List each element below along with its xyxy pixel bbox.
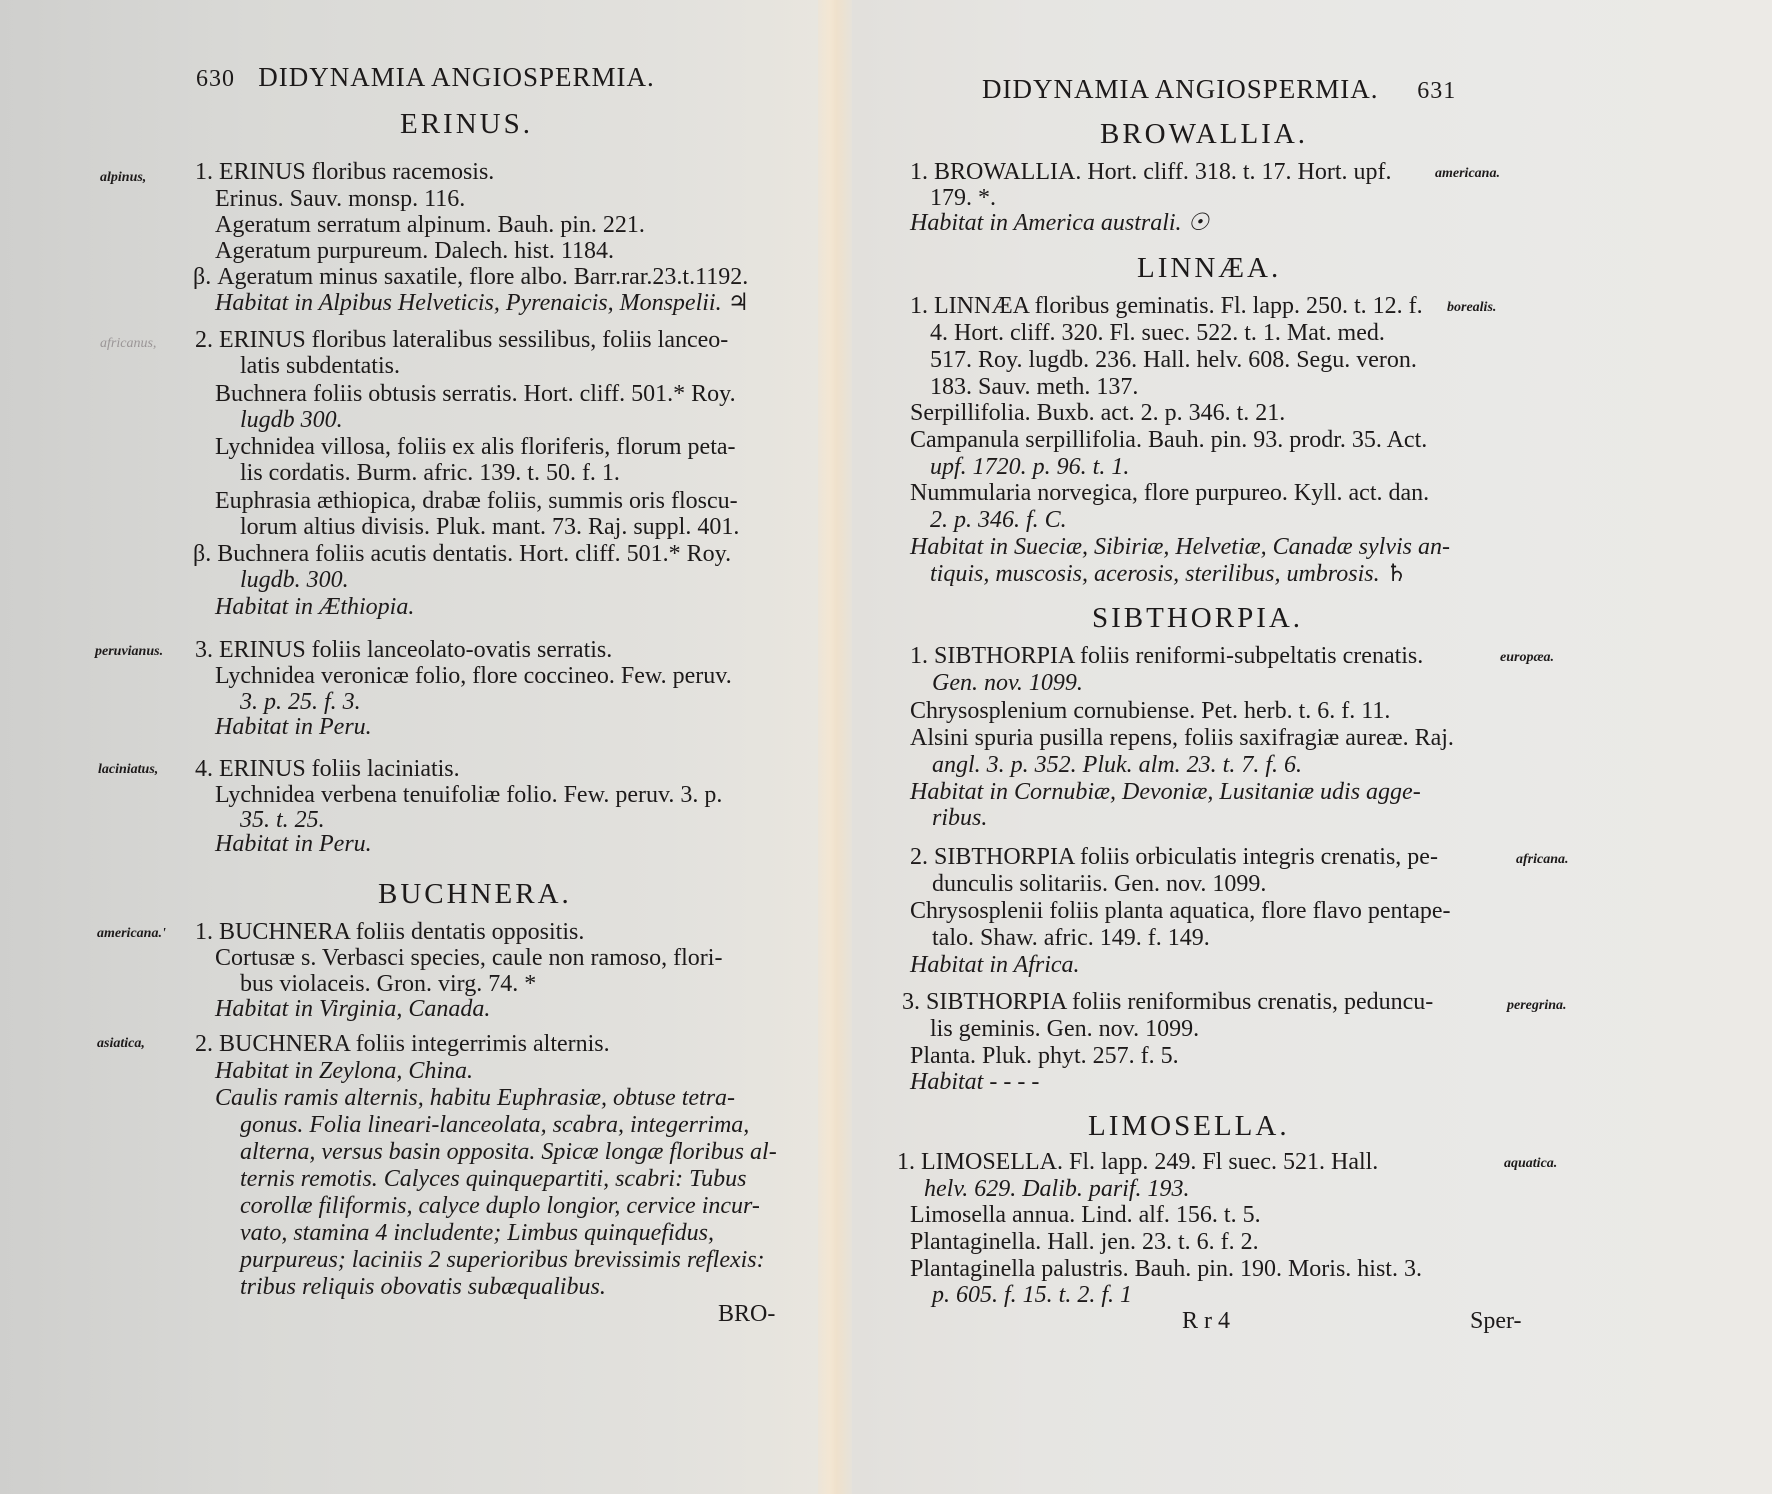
- book-gutter: [818, 0, 852, 1494]
- catchword: BRO-: [718, 1300, 775, 1328]
- entry-line: Plantaginella palustris. Bauh. pin. 190.…: [910, 1255, 1422, 1283]
- signature-mark: R r 4: [1182, 1307, 1230, 1335]
- description-line: ternis remotis. Calyces quinquepartiti, …: [240, 1165, 746, 1193]
- entry-line: Lychnidea verbena tenuifoliæ folio. Few.…: [215, 781, 722, 809]
- habitat-line: tiquis, muscosis, acerosis, sterilibus, …: [930, 560, 1407, 588]
- entry-line: p. 605. f. 15. t. 2. f. 1: [932, 1281, 1132, 1309]
- catchword: Sper-: [1470, 1307, 1522, 1335]
- entry-line: 517. Roy. lugdb. 236. Hall. helv. 608. S…: [930, 346, 1417, 374]
- description-line: purpureus; laciniis 2 superioribus brevi…: [240, 1246, 765, 1274]
- margin-note: africana.: [1516, 852, 1569, 868]
- habitat-line: ribus.: [932, 804, 987, 832]
- entry-line: Lychnidea veronicæ folio, flore coccineo…: [215, 662, 732, 690]
- description-line: gonus. Folia lineari-lanceolata, scabra,…: [240, 1111, 749, 1139]
- entry-line: lis cordatis. Burm. afric. 139. t. 50. f…: [240, 459, 620, 487]
- genus-title-buchnera: BUCHNERA.: [378, 878, 572, 911]
- entry-line: 4. Hort. cliff. 320. Fl. suec. 522. t. 1…: [930, 319, 1385, 347]
- entry-line: upf. 1720. p. 96. t. 1.: [930, 453, 1129, 481]
- margin-note: peruvianus.: [95, 644, 163, 660]
- habitat-line: Habitat - - - -: [910, 1068, 1039, 1096]
- entry-line: helv. 629. Dalib. parif. 193.: [924, 1175, 1190, 1203]
- entry-line: 3. p. 25. f. 3.: [240, 688, 361, 716]
- genus-title-erinus: ERINUS.: [400, 108, 533, 141]
- margin-note: borealis.: [1447, 300, 1496, 316]
- margin-note: laciniatus,: [98, 762, 158, 778]
- entry-line: 3. SIBTHORPIA foliis reniformibus crenat…: [902, 988, 1433, 1016]
- genus-title-browallia: BROWALLIA.: [1100, 118, 1308, 151]
- left-running-title: DIDYNAMIA ANGIOSPERMIA.: [258, 62, 655, 92]
- left-running-head: 630 DIDYNAMIA ANGIOSPERMIA.: [196, 62, 655, 93]
- margin-note-faded: africanus,: [100, 336, 156, 352]
- entry-line: 2. SIBTHORPIA foliis orbiculatis integri…: [910, 843, 1438, 871]
- entry-line: lugdb 300.: [240, 406, 343, 434]
- entry-line: 4. ERINUS foliis laciniatis.: [195, 755, 460, 783]
- habitat-line: Habitat in Virginia, Canada.: [215, 995, 490, 1023]
- genus-title-limosella: LIMOSELLA.: [1088, 1110, 1290, 1143]
- entry-line: Alsini spuria pusilla repens, foliis sax…: [910, 724, 1454, 752]
- entry-line: Ageratum serratum alpinum. Bauh. pin. 22…: [215, 211, 645, 239]
- entry-line: 183. Sauv. meth. 137.: [930, 373, 1138, 401]
- entry-line: 1. LIMOSELLA. Fl. lapp. 249. Fl suec. 52…: [897, 1148, 1378, 1176]
- habitat-line: Habitat in Peru.: [215, 713, 372, 741]
- entry-line: 2. p. 346. f. C.: [930, 506, 1067, 534]
- right-running-head: DIDYNAMIA ANGIOSPERMIA. 631: [982, 74, 1456, 105]
- description-line: Caulis ramis alternis, habitu Euphrasiæ,…: [215, 1084, 735, 1112]
- habitat-line: Habitat in America australi. ☉: [910, 209, 1209, 237]
- entry-line: dunculis solitariis. Gen. nov. 1099.: [932, 870, 1266, 898]
- margin-note: europæa.: [1500, 650, 1554, 666]
- entry-line: 1. LINNÆA floribus geminatis. Fl. lapp. …: [910, 292, 1423, 320]
- entry-line: Plantaginella. Hall. jen. 23. t. 6. f. 2…: [910, 1228, 1259, 1256]
- habitat-line: Habitat in Æthiopia.: [215, 593, 414, 621]
- margin-note: americana.': [97, 926, 166, 942]
- entry-line: Nummularia norvegica, flore purpureo. Ky…: [910, 479, 1429, 507]
- habitat-line: Habitat in Sueciæ, Sibiriæ, Helvetiæ, Ca…: [910, 533, 1450, 561]
- genus-title-sibthorpia: SIBTHORPIA.: [1092, 602, 1303, 635]
- entry-line: Erinus. Sauv. monsp. 116.: [215, 185, 465, 213]
- entry-line: 1. SIBTHORPIA foliis reniformi-subpeltat…: [910, 642, 1423, 670]
- genus-title-linnaea: LINNÆA.: [1137, 252, 1281, 285]
- description-line: vato, stamina 4 includente; Limbus quinq…: [240, 1219, 714, 1247]
- entry-line: Planta. Pluk. phyt. 257. f. 5.: [910, 1042, 1179, 1070]
- description-line: corollæ filiformis, calyce duplo longior…: [240, 1192, 760, 1220]
- margin-note: aquatica.: [1504, 1156, 1557, 1172]
- entry-line: 2. BUCHNERA foliis integerrimis alternis…: [195, 1030, 610, 1058]
- margin-note: americana.: [1435, 166, 1500, 182]
- entry-line: 1. ERINUS floribus racemosis.: [195, 158, 494, 186]
- entry-line: Euphrasia æthiopica, drabæ foliis, summi…: [215, 487, 738, 515]
- margin-note: peregrina.: [1507, 998, 1567, 1014]
- entry-line: 179. *.: [930, 184, 996, 212]
- book-spread: 630 DIDYNAMIA ANGIOSPERMIA. ERINUS. alpi…: [0, 0, 1772, 1494]
- entry-line: 2. ERINUS floribus lateralibus sessilibu…: [195, 326, 728, 354]
- entry-line: Lychnidea villosa, foliis ex alis florif…: [215, 433, 736, 461]
- entry-line: bus violaceis. Gron. virg. 74. *: [240, 970, 536, 998]
- entry-line: lugdb. 300.: [240, 566, 349, 594]
- habitat-line: Habitat in Peru.: [215, 830, 372, 858]
- entry-line: angl. 3. p. 352. Pluk. alm. 23. t. 7. f.…: [932, 751, 1302, 779]
- right-running-title: DIDYNAMIA ANGIOSPERMIA.: [982, 74, 1379, 104]
- entry-line: Chrysosplenii foliis planta aquatica, fl…: [910, 897, 1451, 925]
- entry-line: lorum altius divisis. Pluk. mant. 73. Ra…: [240, 513, 739, 541]
- entry-line: Campanula serpillifolia. Bauh. pin. 93. …: [910, 426, 1427, 454]
- entry-line: Chrysosplenium cornubiense. Pet. herb. t…: [910, 697, 1390, 725]
- entry-line: Ageratum purpureum. Dalech. hist. 1184.: [215, 237, 614, 265]
- entry-line: Limosella annua. Lind. alf. 156. t. 5.: [910, 1201, 1261, 1229]
- entry-line: talo. Shaw. afric. 149. f. 149.: [932, 924, 1210, 952]
- description-line: alterna, versus basin opposita. Spicæ lo…: [240, 1138, 777, 1166]
- margin-note: asiatica,: [97, 1036, 145, 1052]
- right-page-number: 631: [1417, 78, 1456, 104]
- left-page: 630 DIDYNAMIA ANGIOSPERMIA. ERINUS. alpi…: [0, 0, 830, 1494]
- entry-line: lis geminis. Gen. nov. 1099.: [930, 1015, 1199, 1043]
- entry-line: Cortusæ s. Verbasci species, caule non r…: [215, 944, 722, 972]
- right-page: DIDYNAMIA ANGIOSPERMIA. 631 BROWALLIA. 1…: [852, 0, 1772, 1494]
- margin-note: alpinus,: [100, 170, 146, 186]
- entry-line: 1. BROWALLIA. Hort. cliff. 318. t. 17. H…: [910, 158, 1392, 186]
- entry-line: 1. BUCHNERA foliis dentatis oppositis.: [195, 918, 584, 946]
- entry-line: β. Buchnera foliis acutis dentatis. Hort…: [193, 540, 731, 568]
- entry-line: Serpillifolia. Buxb. act. 2. p. 346. t. …: [910, 399, 1285, 427]
- habitat-line: Habitat in Africa.: [910, 951, 1080, 979]
- entry-line: Gen. nov. 1099.: [932, 669, 1083, 697]
- entry-line: β. Ageratum minus saxatile, flore albo. …: [193, 263, 748, 291]
- habitat-line: Habitat in Zeylona, China.: [215, 1057, 473, 1085]
- entry-line: latis subdentatis.: [240, 352, 400, 380]
- habitat-line: Habitat in Cornubiæ, Devoniæ, Lusitaniæ …: [910, 778, 1421, 806]
- entry-line: 3. ERINUS foliis lanceolato-ovatis serra…: [195, 636, 612, 664]
- habitat-line: Habitat in Alpibus Helveticis, Pyrenaici…: [215, 289, 749, 317]
- entry-line: Buchnera foliis obtusis serratis. Hort. …: [215, 380, 736, 408]
- description-line: tribus reliquis obovatis subæqualibus.: [240, 1273, 606, 1301]
- left-page-number: 630: [196, 66, 235, 92]
